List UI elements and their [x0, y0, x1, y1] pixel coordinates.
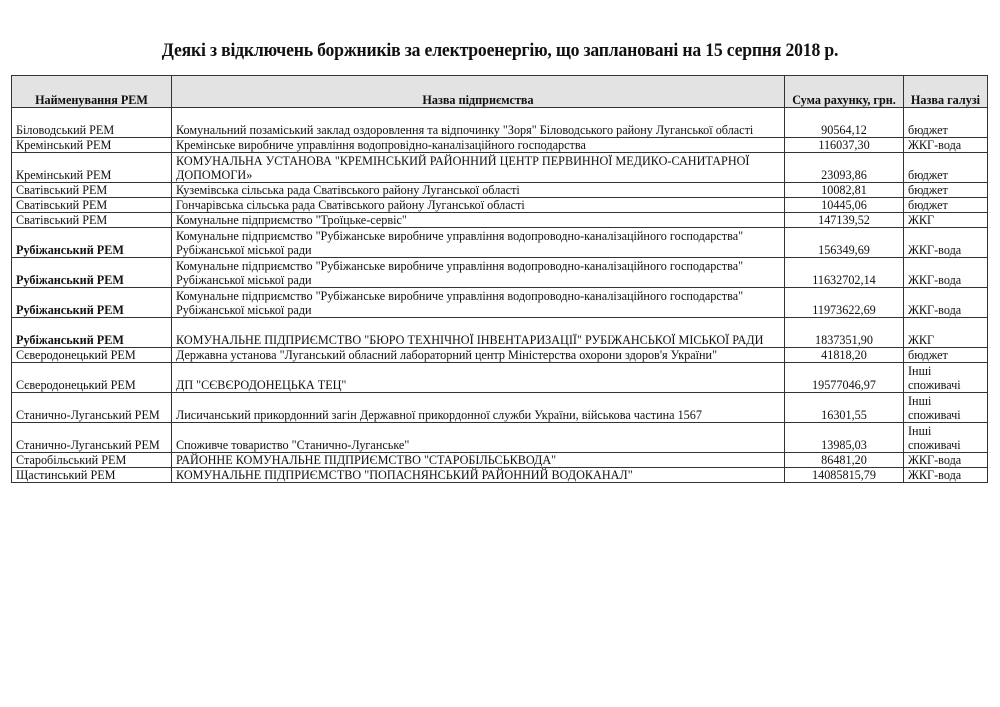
cell-enterprise-name: КОМУНАЛЬНЕ ПІДПРИЄМСТВО "ПОПАСНЯНСЬКИЙ Р…	[172, 468, 785, 483]
table-body: Біловодський РЕМКомунальний позаміський …	[12, 108, 988, 483]
table-row: Сватівський РЕМГончарівська сільська рад…	[12, 198, 988, 213]
cell-branch: ЖКГ-вода	[904, 138, 988, 153]
cell-invoice-sum: 16301,55	[785, 393, 904, 423]
cell-rem: Сєверодонецький РЕМ	[12, 348, 172, 363]
table-row: Кремінський РЕМКОМУНАЛЬНА УСТАНОВА "КРЕМ…	[12, 153, 988, 183]
table-row: Рубіжанський РЕМКомунальне підприємство …	[12, 288, 988, 318]
cell-enterprise-name: Куземівська сільська рада Сватівського р…	[172, 183, 785, 198]
cell-branch: Інші споживачі	[904, 393, 988, 423]
cell-rem: Старобільський РЕМ	[12, 453, 172, 468]
cell-rem: Рубіжанський РЕМ	[12, 318, 172, 348]
table-row: Щастинський РЕМКОМУНАЛЬНЕ ПІДПРИЄМСТВО "…	[12, 468, 988, 483]
cell-enterprise-name: РАЙОННЕ КОМУНАЛЬНЕ ПІДПРИЄМСТВО "СТАРОБІ…	[172, 453, 785, 468]
table-row: Рубіжанський РЕМКОМУНАЛЬНЕ ПІДПРИЄМСТВО …	[12, 318, 988, 348]
table-row: Сєверодонецький РЕМДержавна установа "Лу…	[12, 348, 988, 363]
cell-enterprise-name: Комунальне підприємство "Рубіжанське вир…	[172, 228, 785, 258]
document-title: Деякі з відключень боржників за електрое…	[35, 40, 965, 62]
cell-branch: ЖКГ	[904, 318, 988, 348]
cell-branch: ЖКГ-вода	[904, 453, 988, 468]
cell-invoice-sum: 147139,52	[785, 213, 904, 228]
cell-invoice-sum: 13985,03	[785, 423, 904, 453]
cell-branch: ЖКГ	[904, 213, 988, 228]
cell-enterprise-name: КОМУНАЛЬНЕ ПІДПРИЄМСТВО "БЮРО ТЕХНІЧНОЇ …	[172, 318, 785, 348]
header-branch: Назва галузі	[904, 76, 988, 108]
table-header-row: Найменування РЕМ Назва підприємства Сума…	[12, 76, 988, 108]
table-row: Станично-Луганський РЕМСпоживче товарист…	[12, 423, 988, 453]
cell-invoice-sum: 1837351,90	[785, 318, 904, 348]
cell-rem: Станично-Луганський РЕМ	[12, 423, 172, 453]
table-row: Біловодський РЕМКомунальний позаміський …	[12, 108, 988, 138]
header-rem: Найменування РЕМ	[12, 76, 172, 108]
table-row: Сватівський РЕМКуземівська сільська рада…	[12, 183, 988, 198]
cell-invoice-sum: 10445,06	[785, 198, 904, 213]
cell-invoice-sum: 19577046,97	[785, 363, 904, 393]
cell-enterprise-name: ДП "СЄВЄРОДОНЕЦЬКА ТЕЦ"	[172, 363, 785, 393]
cell-branch: бюджет	[904, 108, 988, 138]
cell-rem: Рубіжанський РЕМ	[12, 228, 172, 258]
cell-enterprise-name: Лисичанський прикордонний загін Державно…	[172, 393, 785, 423]
cell-invoice-sum: 11632702,14	[785, 258, 904, 288]
cell-branch: Інші споживачі	[904, 363, 988, 393]
table-row: Кремінський РЕМКремінське виробниче упра…	[12, 138, 988, 153]
cell-enterprise-name: КОМУНАЛЬНА УСТАНОВА "КРЕМІНСЬКИЙ РАЙОННИ…	[172, 153, 785, 183]
cell-branch: бюджет	[904, 198, 988, 213]
cell-invoice-sum: 10082,81	[785, 183, 904, 198]
cell-enterprise-name: Кремінське виробниче управління водопров…	[172, 138, 785, 153]
cell-rem: Біловодський РЕМ	[12, 108, 172, 138]
cell-rem: Кремінський РЕМ	[12, 138, 172, 153]
cell-enterprise-name: Споживче товариство "Станично-Луганське"	[172, 423, 785, 453]
cell-rem: Сватівський РЕМ	[12, 183, 172, 198]
cell-branch: бюджет	[904, 348, 988, 363]
cell-invoice-sum: 86481,20	[785, 453, 904, 468]
table-row: Старобільський РЕМРАЙОННЕ КОМУНАЛЬНЕ ПІД…	[12, 453, 988, 468]
table-row: Станично-Луганський РЕМЛисичанський прик…	[12, 393, 988, 423]
cell-branch: ЖКГ-вода	[904, 288, 988, 318]
cell-rem: Станично-Луганський РЕМ	[12, 393, 172, 423]
table-row: Рубіжанський РЕМКомунальне підприємство …	[12, 258, 988, 288]
cell-branch: Інші споживачі	[904, 423, 988, 453]
cell-rem: Рубіжанський РЕМ	[12, 288, 172, 318]
cell-invoice-sum: 14085815,79	[785, 468, 904, 483]
cell-rem: Рубіжанський РЕМ	[12, 258, 172, 288]
cell-rem: Сватівський РЕМ	[12, 198, 172, 213]
cell-enterprise-name: Комунальне підприємство "Рубіжанське вир…	[172, 258, 785, 288]
cell-branch: ЖКГ-вода	[904, 468, 988, 483]
cell-branch: ЖКГ-вода	[904, 258, 988, 288]
cell-invoice-sum: 41818,20	[785, 348, 904, 363]
table-row: Сватівський РЕМКомунальне підприємство "…	[12, 213, 988, 228]
header-invoice-sum: Сума рахунку, грн.	[785, 76, 904, 108]
cell-enterprise-name: Державна установа "Луганський обласний л…	[172, 348, 785, 363]
cell-branch: ЖКГ-вода	[904, 228, 988, 258]
cell-invoice-sum: 11973622,69	[785, 288, 904, 318]
cell-enterprise-name: Гончарівська сільська рада Сватівського …	[172, 198, 785, 213]
cell-enterprise-name: Комунальне підприємство "Троїцьке-сервіс…	[172, 213, 785, 228]
cell-branch: бюджет	[904, 153, 988, 183]
cell-enterprise-name: Комунальний позаміський заклад оздоровле…	[172, 108, 785, 138]
table-row: Сєверодонецький РЕМДП "СЄВЄРОДОНЕЦЬКА ТЕ…	[12, 363, 988, 393]
cell-invoice-sum: 90564,12	[785, 108, 904, 138]
cell-rem: Кремінський РЕМ	[12, 153, 172, 183]
table-row: Рубіжанський РЕМКомунальне підприємство …	[12, 228, 988, 258]
cell-rem: Щастинський РЕМ	[12, 468, 172, 483]
cell-branch: бюджет	[904, 183, 988, 198]
cell-invoice-sum: 116037,30	[785, 138, 904, 153]
cell-enterprise-name: Комунальне підприємство "Рубіжанське вир…	[172, 288, 785, 318]
cell-invoice-sum: 156349,69	[785, 228, 904, 258]
header-enterprise-name: Назва підприємства	[172, 76, 785, 108]
cell-rem: Сватівський РЕМ	[12, 213, 172, 228]
debtors-table: Найменування РЕМ Назва підприємства Сума…	[11, 75, 988, 483]
cell-rem: Сєверодонецький РЕМ	[12, 363, 172, 393]
cell-invoice-sum: 23093,86	[785, 153, 904, 183]
